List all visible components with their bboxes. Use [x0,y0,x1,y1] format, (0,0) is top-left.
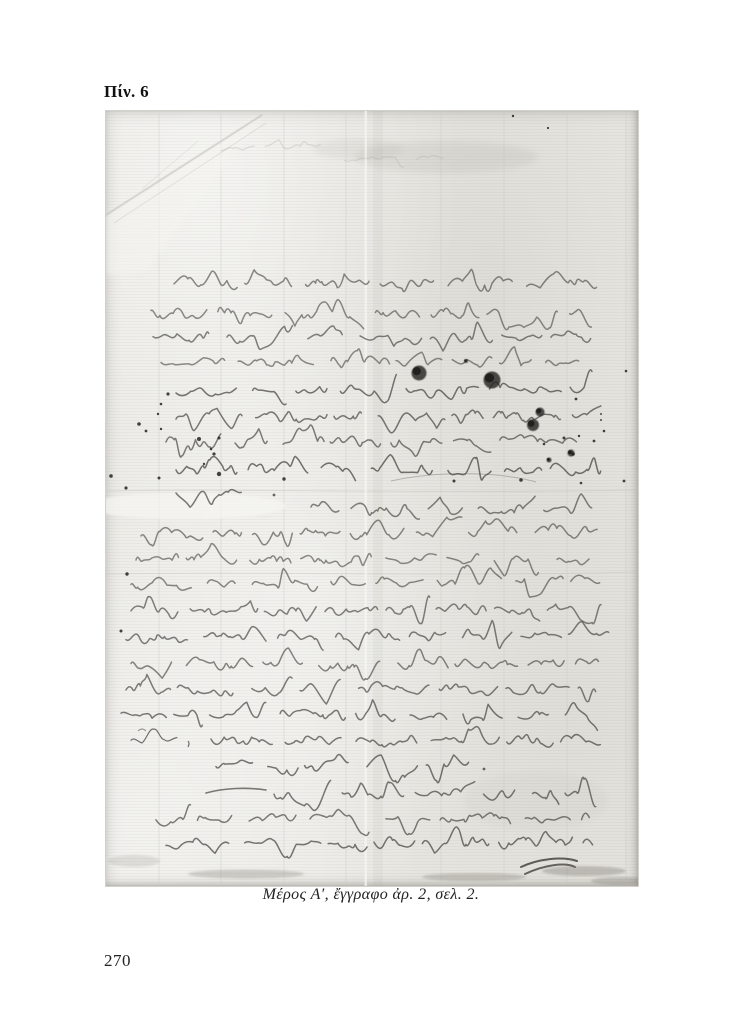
manuscript-handwriting [106,111,638,886]
manuscript-photo [105,110,639,887]
figure-caption: Μέρος Α′, ἔγγραφο ἀρ. 2, σελ. 2. [105,886,637,904]
book-page: Πίν. 6 Μέρος Α′, ἔγγραφο ἀρ. 2, σελ. 2. … [0,0,743,1027]
plate-label: Πίν. 6 [104,82,149,102]
page-number: 270 [104,951,131,971]
